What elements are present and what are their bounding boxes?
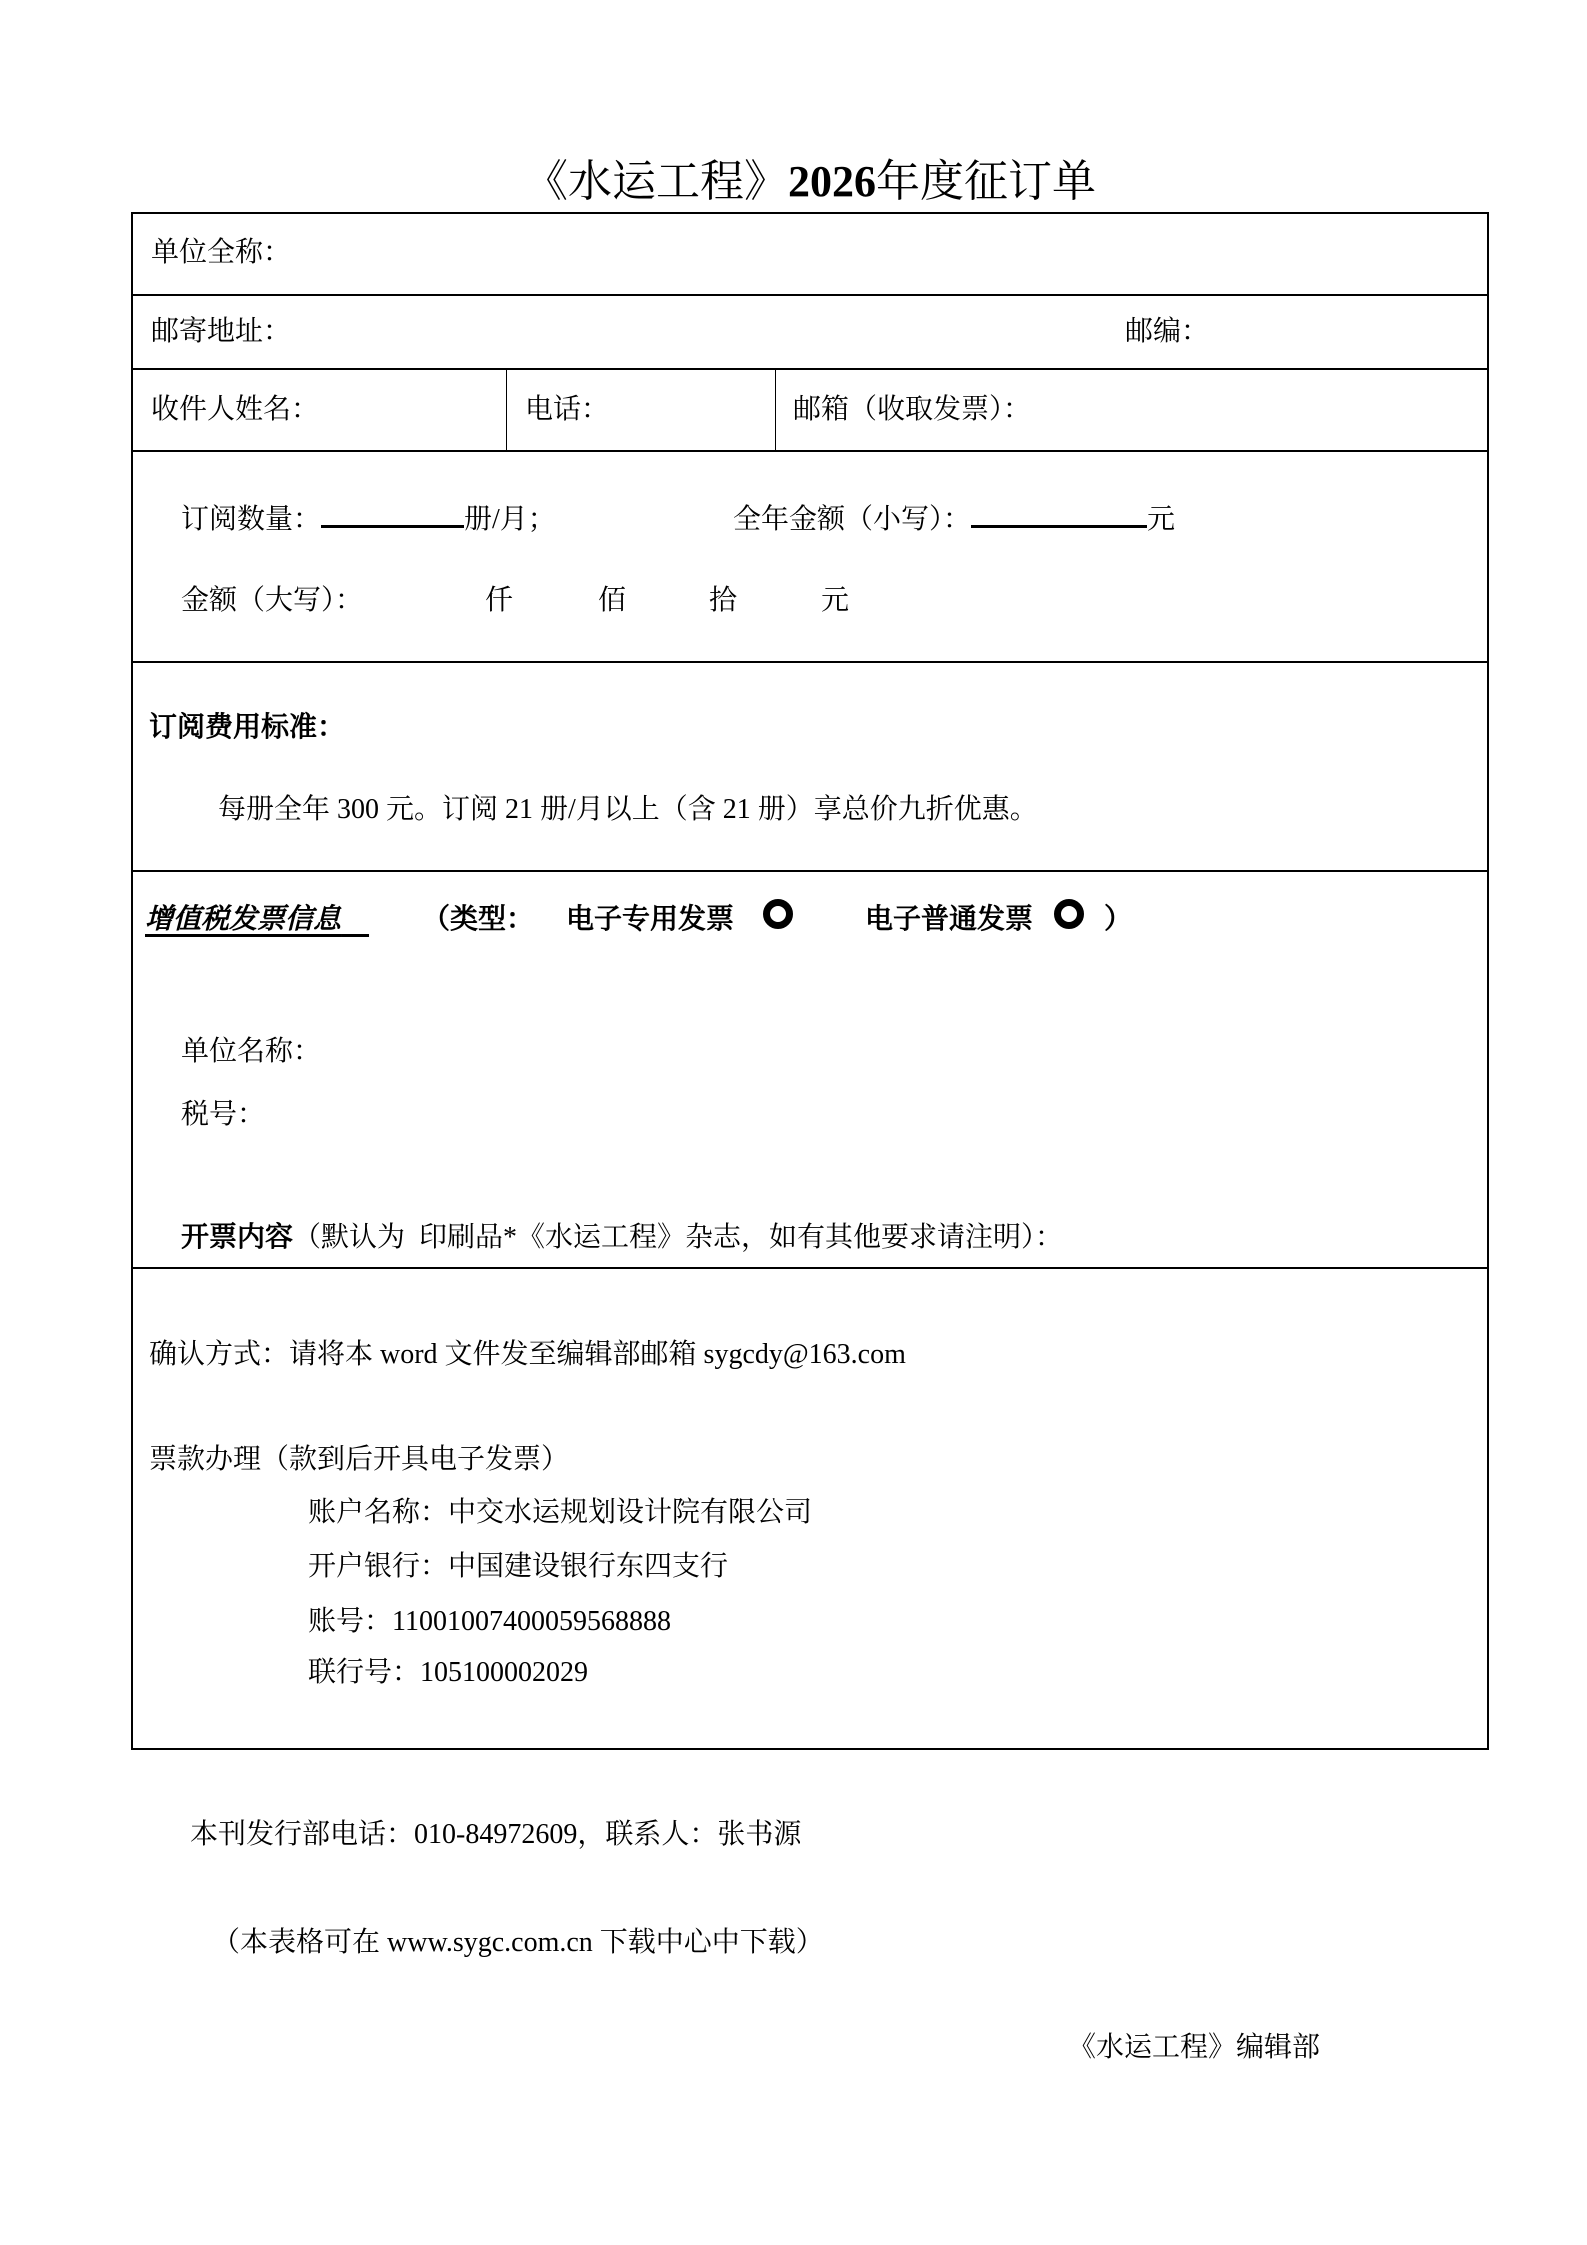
- account-name: 账户名称：中交水运规划设计院有限公司: [308, 1499, 812, 1527]
- table-left-border: [131, 212, 133, 1750]
- row-divider-6: [131, 1267, 1489, 1269]
- invoice-option-normal[interactable]: 电子普通发票: [865, 906, 1033, 934]
- phone-label: 电话：: [525, 394, 609, 425]
- row-divider-2: [131, 368, 1489, 370]
- bank-name: 开户银行：中国建设银行东四支行: [308, 1553, 728, 1581]
- payment-heading: 票款办理（款到后开具电子发票）: [149, 1446, 569, 1474]
- title-suffix: 年度征订单: [876, 157, 1096, 206]
- invoice-content-note: （默认为 印刷品*《水运工程》杂志，如有其他要求请注明）：: [293, 1222, 1063, 1253]
- mailing-address-field[interactable]: 邮寄地址：: [151, 318, 291, 346]
- quantity-row: 订阅数量：册/月；: [181, 503, 556, 534]
- tax-id-field[interactable]: 税号：: [181, 1101, 265, 1129]
- invoice-unit-name-field[interactable]: 单位名称：: [181, 1038, 321, 1066]
- quantity-input[interactable]: [321, 503, 464, 528]
- unit-full-name-label: 单位全称：: [151, 237, 291, 268]
- phone-field[interactable]: 电话：: [525, 396, 609, 424]
- postcode-field[interactable]: 邮编：: [1125, 318, 1209, 346]
- annual-amount-unit: 元: [1147, 504, 1175, 535]
- col-divider-phone: [506, 368, 507, 450]
- annual-amount-label: 全年金额（小写）：: [733, 504, 971, 535]
- annual-amount-row: 全年金额（小写）：元: [733, 503, 1175, 534]
- fee-standard-body: 每册全年 300 元。订阅 21 册/月以上（含 21 册）享总价九折优惠。: [218, 796, 1038, 824]
- recipient-name-label: 收件人姓名：: [151, 394, 319, 425]
- amount-uppercase-label: 金额（大写）：: [181, 587, 363, 615]
- table-top-border: [131, 212, 1489, 214]
- table-right-border: [1487, 212, 1489, 1750]
- quantity-unit: 册/月；: [464, 504, 556, 535]
- invoice-option-normal-label: 电子普通发票: [865, 904, 1033, 935]
- distribution-contact: 本刊发行部电话：010-84972609，联系人：张书源: [190, 1821, 801, 1849]
- account-number: 账号：11001007400059568888: [308, 1608, 671, 1636]
- radio-ring-icon[interactable]: [1054, 899, 1084, 929]
- email-label: 邮箱（收取发票）：: [793, 394, 1031, 425]
- title-year: 2026: [788, 157, 876, 206]
- invoice-heading: 增值税发票信息: [145, 904, 369, 935]
- invoice-option-special[interactable]: 电子专用发票: [566, 906, 734, 934]
- invoice-unit-name-label: 单位名称：: [181, 1036, 321, 1067]
- tax-id-label: 税号：: [181, 1099, 265, 1130]
- invoice-option-special-label: 电子专用发票: [566, 904, 734, 935]
- mailing-address-label: 邮寄地址：: [151, 316, 291, 347]
- uppercase-unit-ten[interactable]: 拾: [709, 587, 737, 615]
- uppercase-unit-hundred[interactable]: 佰: [598, 587, 626, 615]
- bank-code: 联行号：105100002029: [308, 1659, 588, 1687]
- invoice-content-label: 开票内容: [181, 1222, 293, 1253]
- email-field[interactable]: 邮箱（收取发票）：: [793, 396, 1031, 424]
- uppercase-unit-thousand[interactable]: 仟: [485, 587, 513, 615]
- confirmation-method: 确认方式：请将本 word 文件发至编辑部邮箱 sygcdy@163.com: [149, 1341, 906, 1369]
- fee-standard-heading: 订阅费用标准：: [149, 714, 345, 742]
- row-divider-4: [131, 661, 1489, 663]
- row-divider-5: [131, 870, 1489, 872]
- download-note: （本表格可在 www.sygc.com.cn 下载中心中下载）: [212, 1929, 824, 1957]
- unit-full-name-field[interactable]: 单位全称：: [151, 239, 291, 267]
- page-title: 《水运工程》2026年度征订单: [0, 160, 1587, 204]
- recipient-name-field[interactable]: 收件人姓名：: [151, 396, 319, 424]
- table-bottom-border: [131, 1748, 1489, 1750]
- title-journal-name: 《水运工程》: [524, 157, 788, 206]
- row-divider-1: [131, 294, 1489, 296]
- annual-amount-input[interactable]: [971, 503, 1147, 528]
- radio-ring-icon[interactable]: [763, 899, 793, 929]
- editorial-signature: 《水运工程》编辑部: [1068, 2034, 1320, 2062]
- invoice-type-label: （类型：: [422, 906, 534, 934]
- invoice-type-close: ）: [1104, 906, 1132, 934]
- col-divider-email: [775, 368, 776, 450]
- row-divider-3: [131, 450, 1489, 452]
- uppercase-unit-yuan[interactable]: 元: [821, 587, 849, 615]
- quantity-label: 订阅数量：: [181, 504, 321, 535]
- invoice-content-field[interactable]: 开票内容（默认为 印刷品*《水运工程》杂志，如有其他要求请注明）：: [181, 1224, 1063, 1252]
- postcode-label: 邮编：: [1125, 316, 1209, 347]
